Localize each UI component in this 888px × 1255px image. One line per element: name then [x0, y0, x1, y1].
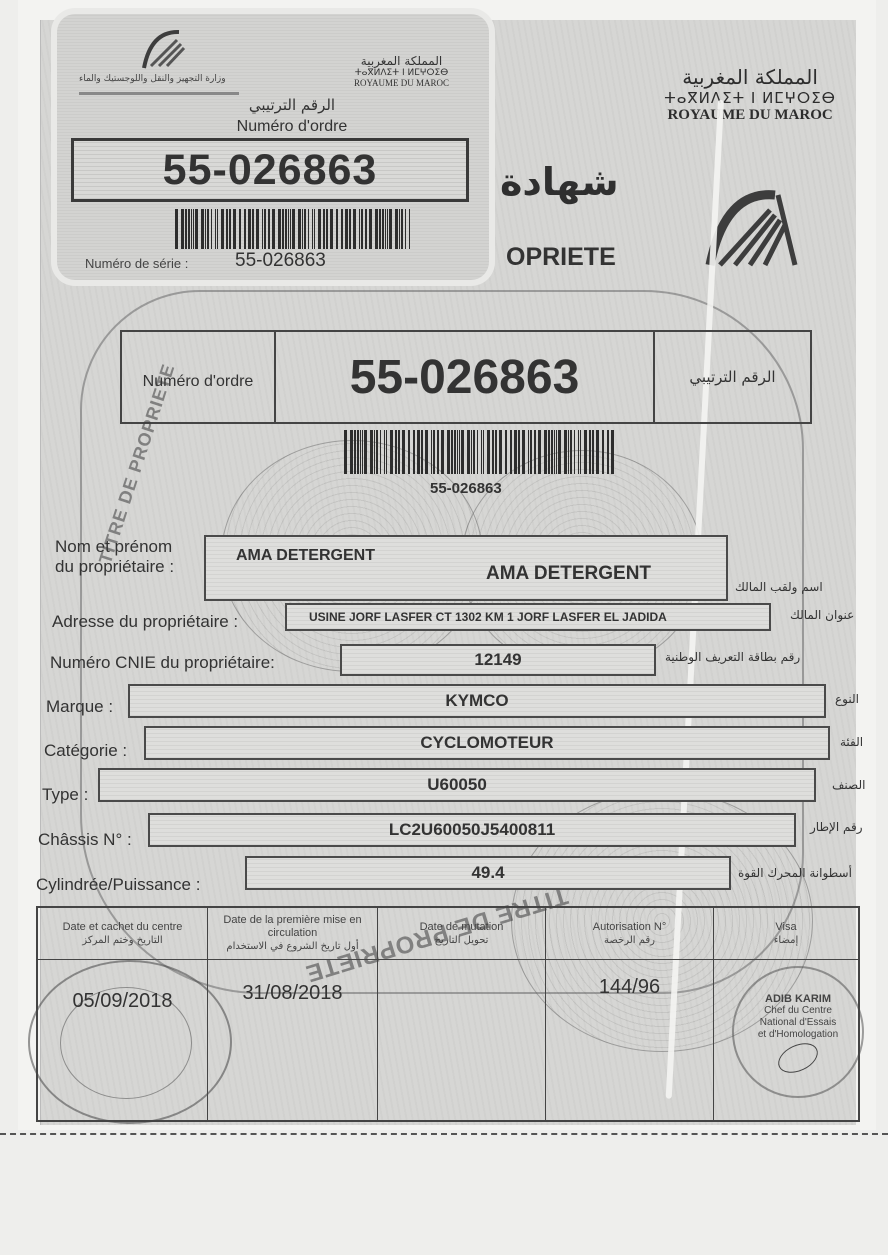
- title-arabic: شهادة: [500, 160, 619, 204]
- sticker-order-number: 55-026863: [71, 138, 469, 202]
- kingdom-french: ROYAUME DU MAROC: [664, 107, 836, 124]
- header-ar: رقم الرخصة: [604, 934, 655, 947]
- owner-name-label-line2: du propriétaire :: [55, 557, 174, 577]
- header-fr: Autorisation N°: [593, 921, 667, 934]
- header-fr: Date de mutation: [420, 921, 504, 934]
- category-field: CYCLOMOTEUR: [144, 726, 830, 760]
- owner-cnie-field: 12149: [340, 644, 656, 676]
- center-date-value: 05/09/2018: [38, 990, 207, 1013]
- homologation-stamp: ADIB KARIM Chef du Centre National d'Ess…: [732, 966, 864, 1098]
- category-label: Catégorie :: [44, 741, 127, 761]
- stamp-line-2: National d'Essais: [760, 1017, 836, 1029]
- table-cell-first-circulation: 31/08/2018: [208, 960, 378, 1120]
- title-french: OPRIETE: [506, 243, 616, 272]
- owner-address-label-arabic: عنوان المالك: [790, 608, 854, 622]
- owner-name-value-1: AMA DETERGENT: [236, 547, 375, 565]
- brand-field: KYMCO: [128, 684, 826, 718]
- chassis-label: Châssis N° :: [38, 830, 132, 850]
- owner-name-value-2: AMA DETERGENT: [486, 563, 651, 585]
- header-fr: Date de la première mise en circulation: [208, 914, 377, 940]
- kingdom-arabic: المملكة المغربية: [664, 65, 836, 89]
- table-header-first-circulation: Date de la première mise en circulation …: [208, 908, 378, 960]
- table-cell-mutation-date: [378, 960, 546, 1120]
- table-cell-authorization: 144/96: [546, 960, 714, 1120]
- stamp-line-1: Chef du Centre: [764, 1005, 832, 1017]
- ministry-name: وزارة التجهيز والنقل واللوجستيك والماء: [79, 74, 239, 84]
- authorization-value: 144/96: [546, 976, 713, 999]
- type-label: Type :: [42, 785, 88, 805]
- displacement-field: 49.4: [245, 856, 731, 890]
- order-number-row: Numéro d'ordre 55-026863 الرقم الترتيبي: [120, 330, 812, 424]
- first-circulation-value: 31/08/2018: [208, 982, 377, 1005]
- displacement-label: Cylindrée/Puissance :: [36, 875, 200, 895]
- registration-table: Date et cachet du centre التاريخ وختم ال…: [36, 906, 860, 1122]
- sticker-kingdom-french: ROYAUME DU MAROC: [354, 78, 449, 88]
- stamp-signatory-name: ADIB KARIM: [765, 993, 831, 1005]
- chassis-field: LC2U60050J5400811: [148, 813, 796, 847]
- main-barcode: [344, 430, 615, 474]
- owner-address-label: Adresse du propriétaire :: [52, 612, 238, 632]
- sticker-order-label-french: Numéro d'ordre: [197, 118, 387, 136]
- sticker-kingdom-tifinagh: ⵜⴰⴳⵍⴷⵉⵜ ⵏ ⵍⵎⵖⵔⵉⴱ: [354, 68, 449, 78]
- displacement-label-arabic: أسطوانة المحرك القوة: [738, 866, 852, 880]
- order-number: 55-026863: [276, 330, 655, 422]
- barcode-caption: 55-026863: [430, 480, 502, 497]
- header-ar: تحويل التاريخ: [435, 934, 489, 947]
- header-fr: Visa: [775, 921, 796, 934]
- serial-number-label: Numéro de série :: [85, 256, 188, 271]
- ministry-logo-icon: [139, 26, 189, 71]
- serial-number-value: 55-026863: [235, 250, 326, 272]
- table-cell-visa: ADIB KARIM Chef du Centre National d'Ess…: [714, 960, 858, 1120]
- table-header-visa: Visa إمضاء: [714, 908, 858, 960]
- table-header-mutation-date: Date de mutation تحويل التاريخ: [378, 908, 546, 960]
- ministry-subtitle-line: [79, 92, 239, 95]
- kingdom-tifinagh: ⵜⴰⴳⵍⴷⵉⵜ ⵏ ⵍⵎⵖⵔⵉⴱ: [664, 89, 836, 107]
- owner-address-field: USINE JORF LASFER CT 1302 KM 1 JORF LASF…: [285, 603, 771, 631]
- type-field: U60050: [98, 768, 816, 802]
- sticker-kingdom-arabic: المملكة المغربية: [354, 54, 449, 68]
- stamp-line-3: et d'Homologation: [758, 1029, 838, 1041]
- center-stamp: [28, 960, 232, 1124]
- table-header-authorization: Autorisation N° رقم الرخصة: [546, 908, 714, 960]
- header-ar: التاريخ وختم المركز: [82, 934, 162, 947]
- type-label-arabic: الصنف: [832, 778, 865, 792]
- header-fr: Date et cachet du centre: [63, 921, 183, 934]
- owner-cnie-label: Numéro CNIE du propriétaire:: [50, 653, 275, 673]
- cut-line-divider: [0, 1133, 888, 1135]
- signature-icon: [773, 1037, 822, 1078]
- header-ar: إمضاء: [774, 934, 799, 947]
- owner-name-label: Nom et prénom du propriétaire :: [55, 537, 174, 577]
- owner-name-field: AMA DETERGENT AMA DETERGENT: [204, 535, 728, 601]
- sticker-order-label-arabic: الرقم الترتيبي: [217, 96, 367, 114]
- brand-label: Marque :: [46, 697, 113, 717]
- owner-cnie-label-arabic: رقم بطاقة التعريف الوطنية: [665, 650, 800, 664]
- table-cell-center-date: 05/09/2018: [38, 960, 208, 1120]
- category-label-arabic: الفئة: [840, 735, 863, 749]
- owner-name-label-line1: Nom et prénom: [55, 537, 174, 557]
- kingdom-header: المملكة المغربية ⵜⴰⴳⵍⴷⵉⵜ ⵏ ⵍⵎⵖⵔⵉⴱ ROYAUM…: [664, 65, 836, 124]
- order-number-sticker: وزارة التجهيز والنقل واللوجستيك والماء ا…: [57, 14, 489, 280]
- brand-label-arabic: النوع: [835, 692, 859, 706]
- header-ar: أول تاريخ الشروع في الاستخدام: [226, 940, 358, 953]
- table-header-center-date: Date et cachet du centre التاريخ وختم ال…: [38, 908, 208, 960]
- owner-name-label-arabic: اسم ولقب المالك: [735, 580, 823, 594]
- sticker-kingdom: المملكة المغربية ⵜⴰⴳⵍⴷⵉⵜ ⵏ ⵍⵎⵖⵔⵉⴱ ROYAUM…: [354, 54, 449, 88]
- chassis-label-arabic: رقم الإطار: [810, 820, 863, 834]
- order-label-arabic: الرقم الترتيبي: [655, 332, 810, 422]
